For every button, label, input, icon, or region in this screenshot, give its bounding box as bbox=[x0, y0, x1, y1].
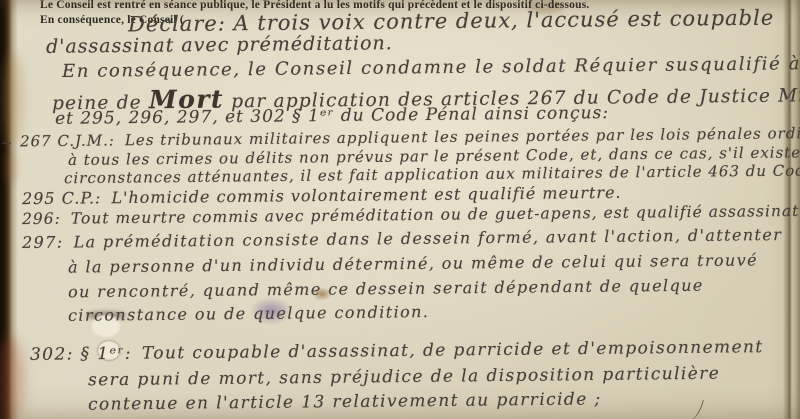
register-page-scan: Le Conseil est rentré en séance publique… bbox=[0, 0, 800, 419]
article-297-label: 297: bbox=[22, 233, 64, 252]
article-267-label: 267 C.J.M.: bbox=[20, 131, 115, 150]
article-295-text-1: L'homicide commis volontairement est qua… bbox=[111, 183, 621, 207]
article-297-line-1: 297:La préméditation consiste dans le de… bbox=[22, 225, 782, 252]
article-302-line-2: sera puni de mort, sans préjudice de la … bbox=[88, 364, 720, 391]
article-297-line-4: circonstance ou de quelque condition. bbox=[68, 302, 429, 325]
article-295-label: 295 C.P.: bbox=[22, 188, 102, 208]
article-296-label: 296: bbox=[22, 210, 61, 228]
article-302-label: 302: § 1ᵉʳ: bbox=[30, 344, 132, 365]
article-297-line-3: ou rencontré, quand même ce dessein sera… bbox=[68, 276, 704, 302]
article-302-line-1: 302: § 1ᵉʳ:Tout coupable d'assassinat, d… bbox=[30, 337, 764, 365]
article-297-line-2: à la personne d'un individu déterminé, o… bbox=[68, 250, 758, 276]
article-297-text-1: La préméditation consiste dans le dessei… bbox=[73, 225, 782, 251]
article-302-line-3: contenue en l'article 13 relativement au… bbox=[88, 389, 602, 414]
book-binding-edge bbox=[0, 0, 18, 419]
pen-flourish bbox=[685, 397, 704, 419]
article-302-text-1: Tout coupable d'assassinat, de parricide… bbox=[142, 337, 764, 364]
margin-mark: ~ bbox=[0, 134, 13, 152]
verdict-line-2: d'assassinat avec préméditation. bbox=[46, 32, 393, 58]
sentence-line-1: En conséquence, le Conseil condamne le s… bbox=[62, 53, 800, 82]
